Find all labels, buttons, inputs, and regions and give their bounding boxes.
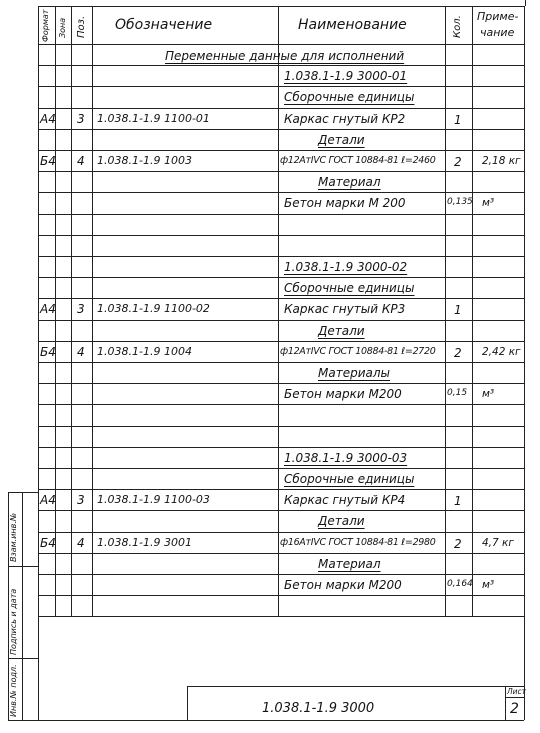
row-name: 1.038.1-1.9 3000-01 <box>284 70 407 82</box>
row-name: Сборочные единицы <box>284 473 414 485</box>
header-bottom <box>38 44 524 45</box>
row-line <box>38 616 524 617</box>
header-qty: Кол. <box>452 15 463 38</box>
header-note: Приме- <box>477 11 518 22</box>
row-line <box>38 341 524 342</box>
row-line <box>38 320 524 321</box>
row-name: ф12АтIVС ГОСТ 10884-81 ℓ=2720 <box>280 347 436 357</box>
stamp-line <box>22 492 23 720</box>
row-line <box>38 595 524 596</box>
row-note: м³ <box>482 198 494 209</box>
header-pos: Поз. <box>76 16 87 38</box>
column-line <box>71 6 72 616</box>
row-position: 4 <box>77 155 85 167</box>
row-name: Материал <box>318 558 381 570</box>
row-name: ф12АтIVС ГОСТ 10884-81 ℓ=2460 <box>280 156 436 166</box>
row-format: Б4 <box>40 346 56 358</box>
row-format: Б4 <box>40 537 56 549</box>
row-line <box>38 574 524 575</box>
header-note-2: чание <box>480 27 514 38</box>
title-block-top <box>187 686 524 687</box>
row-line <box>38 192 524 193</box>
row-quantity: 0,15 <box>447 389 467 398</box>
row-quantity: 2 <box>454 347 462 359</box>
row-line <box>38 235 524 236</box>
row-line <box>38 214 524 215</box>
row-line <box>38 277 524 278</box>
row-name: Бетон марки М200 <box>284 579 402 591</box>
row-quantity: 0,164 <box>447 580 473 589</box>
column-line <box>472 6 473 616</box>
row-position: 3 <box>77 113 85 125</box>
row-quantity: 0,135 <box>447 198 473 207</box>
frame-left <box>38 616 39 720</box>
sheet-number: 2 <box>510 702 519 716</box>
row-line <box>38 510 524 511</box>
row-line <box>38 404 524 405</box>
row-line <box>38 383 524 384</box>
row-line <box>38 129 524 130</box>
row-designation: 1.038.1-1.9 3001 <box>97 537 192 548</box>
row-name: Материалы <box>318 367 390 379</box>
stamp-inv-orig: Инв.№ подл. <box>9 664 18 717</box>
row-quantity: 1 <box>454 495 462 507</box>
row-name: Детали <box>318 134 365 146</box>
row-name: 1.038.1-1.9 3000-03 <box>284 452 407 464</box>
title-block-sheet-divider <box>505 686 506 720</box>
row-designation: 1.038.1-1.9 1100-03 <box>97 494 210 505</box>
row-designation: 1.038.1-1.9 1003 <box>97 155 192 166</box>
frame-bottom <box>8 720 524 721</box>
stamp-line <box>8 566 38 567</box>
title-block-left <box>187 686 188 720</box>
row-note: м³ <box>482 580 494 591</box>
row-name: Сборочные единицы <box>284 91 414 103</box>
row-name: Сборочные единицы <box>284 282 414 294</box>
row-line <box>38 553 524 554</box>
row-line <box>38 298 524 299</box>
column-line <box>524 6 525 616</box>
row-name: Каркас гнутый КР3 <box>284 303 405 315</box>
row-line <box>38 65 524 66</box>
row-line <box>38 532 524 533</box>
row-quantity: 1 <box>454 304 462 316</box>
row-format: А4 <box>40 494 56 506</box>
row-name: Материал <box>318 176 381 188</box>
stamp-sign-date: Подпись и дата <box>9 589 18 655</box>
column-line <box>278 6 279 616</box>
stamp-line <box>8 658 38 659</box>
row-format: А4 <box>40 303 56 315</box>
row-line <box>38 426 524 427</box>
row-name: Детали <box>318 515 365 527</box>
row-line <box>38 489 524 490</box>
row-line <box>38 150 524 151</box>
section-title: Переменные данные для исполнений <box>165 50 404 62</box>
row-quantity: 2 <box>454 538 462 550</box>
row-name: ф16АтIVС ГОСТ 10884-81 ℓ=2980 <box>280 538 436 548</box>
row-format: Б4 <box>40 155 56 167</box>
document-code: 1.038.1-1.9 3000 <box>262 702 374 715</box>
row-note: 4,7 кг <box>482 538 514 549</box>
frame-top <box>38 6 524 7</box>
frame-corner <box>525 0 526 6</box>
row-designation: 1.038.1-1.9 1004 <box>97 346 192 357</box>
frame-right <box>524 616 525 720</box>
row-name: Каркас гнутый КР2 <box>284 113 405 125</box>
row-name: Бетон марки М200 <box>284 388 402 400</box>
stamp-replace-inv: Взам.инв.№ <box>9 513 18 562</box>
row-quantity: 1 <box>454 114 462 126</box>
row-line <box>38 447 524 448</box>
row-note: м³ <box>482 389 494 400</box>
column-line <box>445 6 446 616</box>
specification-sheet: ФорматЗонаПоз.ОбозначениеНаименованиеКол… <box>0 0 540 733</box>
row-line <box>38 108 524 109</box>
row-line <box>38 468 524 469</box>
column-line <box>92 6 93 616</box>
row-name: Каркас гнутый КР4 <box>284 494 405 506</box>
sheet-label: Лист <box>507 688 526 696</box>
row-line <box>38 171 524 172</box>
row-line <box>38 256 524 257</box>
row-position: 4 <box>77 537 85 549</box>
header-format: Формат <box>41 10 50 42</box>
row-name: Детали <box>318 325 365 337</box>
row-note: 2,18 кг <box>482 156 521 167</box>
row-quantity: 2 <box>454 156 462 168</box>
header-name: Наименование <box>298 18 407 32</box>
title-block-sheet-line <box>505 697 524 698</box>
header-designation: Обозначение <box>115 18 212 32</box>
row-position: 3 <box>77 494 85 506</box>
row-designation: 1.038.1-1.9 1100-01 <box>97 113 210 124</box>
row-designation: 1.038.1-1.9 1100-02 <box>97 303 210 314</box>
row-line <box>38 86 524 87</box>
row-line <box>38 362 524 363</box>
row-format: А4 <box>40 113 56 125</box>
column-line <box>38 6 39 616</box>
row-position: 4 <box>77 346 85 358</box>
row-name: 1.038.1-1.9 3000-02 <box>284 261 407 273</box>
row-position: 3 <box>77 303 85 315</box>
header-zone: Зона <box>58 18 67 38</box>
row-note: 2,42 кг <box>482 347 521 358</box>
row-name: Бетон марки М 200 <box>284 197 406 209</box>
stamp-line <box>8 492 38 493</box>
